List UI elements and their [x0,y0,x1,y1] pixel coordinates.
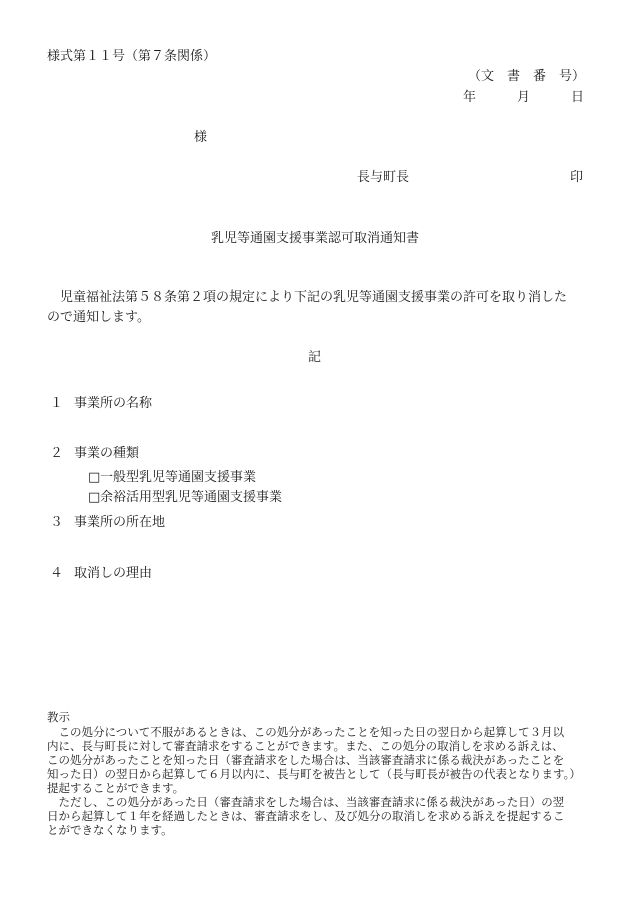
addressee-suffix: 様 [194,129,207,146]
notice-line: この処分について不服があるときは、この処分があったことを知った日の翌日から起算し… [47,725,564,740]
item-label: 事業所の所在地 [74,514,165,531]
business-type-label: 一般型乳児等通園支援事業 [100,469,256,486]
item-number: １ [50,395,63,412]
notice-line: とができなくなります。 [47,823,173,838]
checkbox-icon[interactable]: □ [88,469,100,486]
notice-line: ただし、この処分があった日（審査請求をした場合は、当該審査請求に係る裁決があった… [47,795,564,810]
notice-line: 内に、長与町長に対して審査請求をすることができます。また、この処分の取消しを求め… [47,739,564,754]
body-text-line2: ので通知します。 [47,309,150,326]
item-label: 事業の種類 [74,445,139,462]
item-label: 事業所の名称 [74,395,152,412]
notice-heading: 教示 [47,710,70,725]
ki-heading: 記 [308,349,321,366]
document-number: （文 書 番 号） [468,68,585,85]
item-number: ３ [50,514,63,531]
body-text-line1: 児童福祉法第５８条第２項の規定により下記の乳児等通園支援事業の許可を取り消した [60,289,567,306]
date-year-label: 年 [463,89,476,106]
seal-mark: 印 [570,169,583,186]
item-number: ４ [50,565,63,582]
notice-line: 提起することができます。 [47,781,184,796]
item-number: ２ [50,445,63,462]
document-title: 乳児等通園支援事業認可取消通知書 [0,230,630,247]
notice-line: 日から起算して１年を経過したときは、審査請求をし、及び処分の取消しを求める訴えを… [47,809,565,824]
notice-line: この処分があったことを知った日（審査請求をした場合は、当該審査請求に係る裁決があ… [47,753,564,768]
notice-line: 知った日）の翌日から起算して６月以内に、長与町を被告として（長与町長が被告の代表… [47,767,581,782]
issuer-name: 長与町長 [357,169,409,186]
date-month-label: 月 [517,89,530,106]
checkbox-icon[interactable]: □ [88,489,100,506]
item-label: 取消しの理由 [74,565,152,582]
form-number: 様式第１１号（第７条関係） [47,48,216,65]
business-type-label: 余裕活用型乳児等通園支援事業 [100,489,282,506]
date-day-label: 日 [571,89,584,106]
